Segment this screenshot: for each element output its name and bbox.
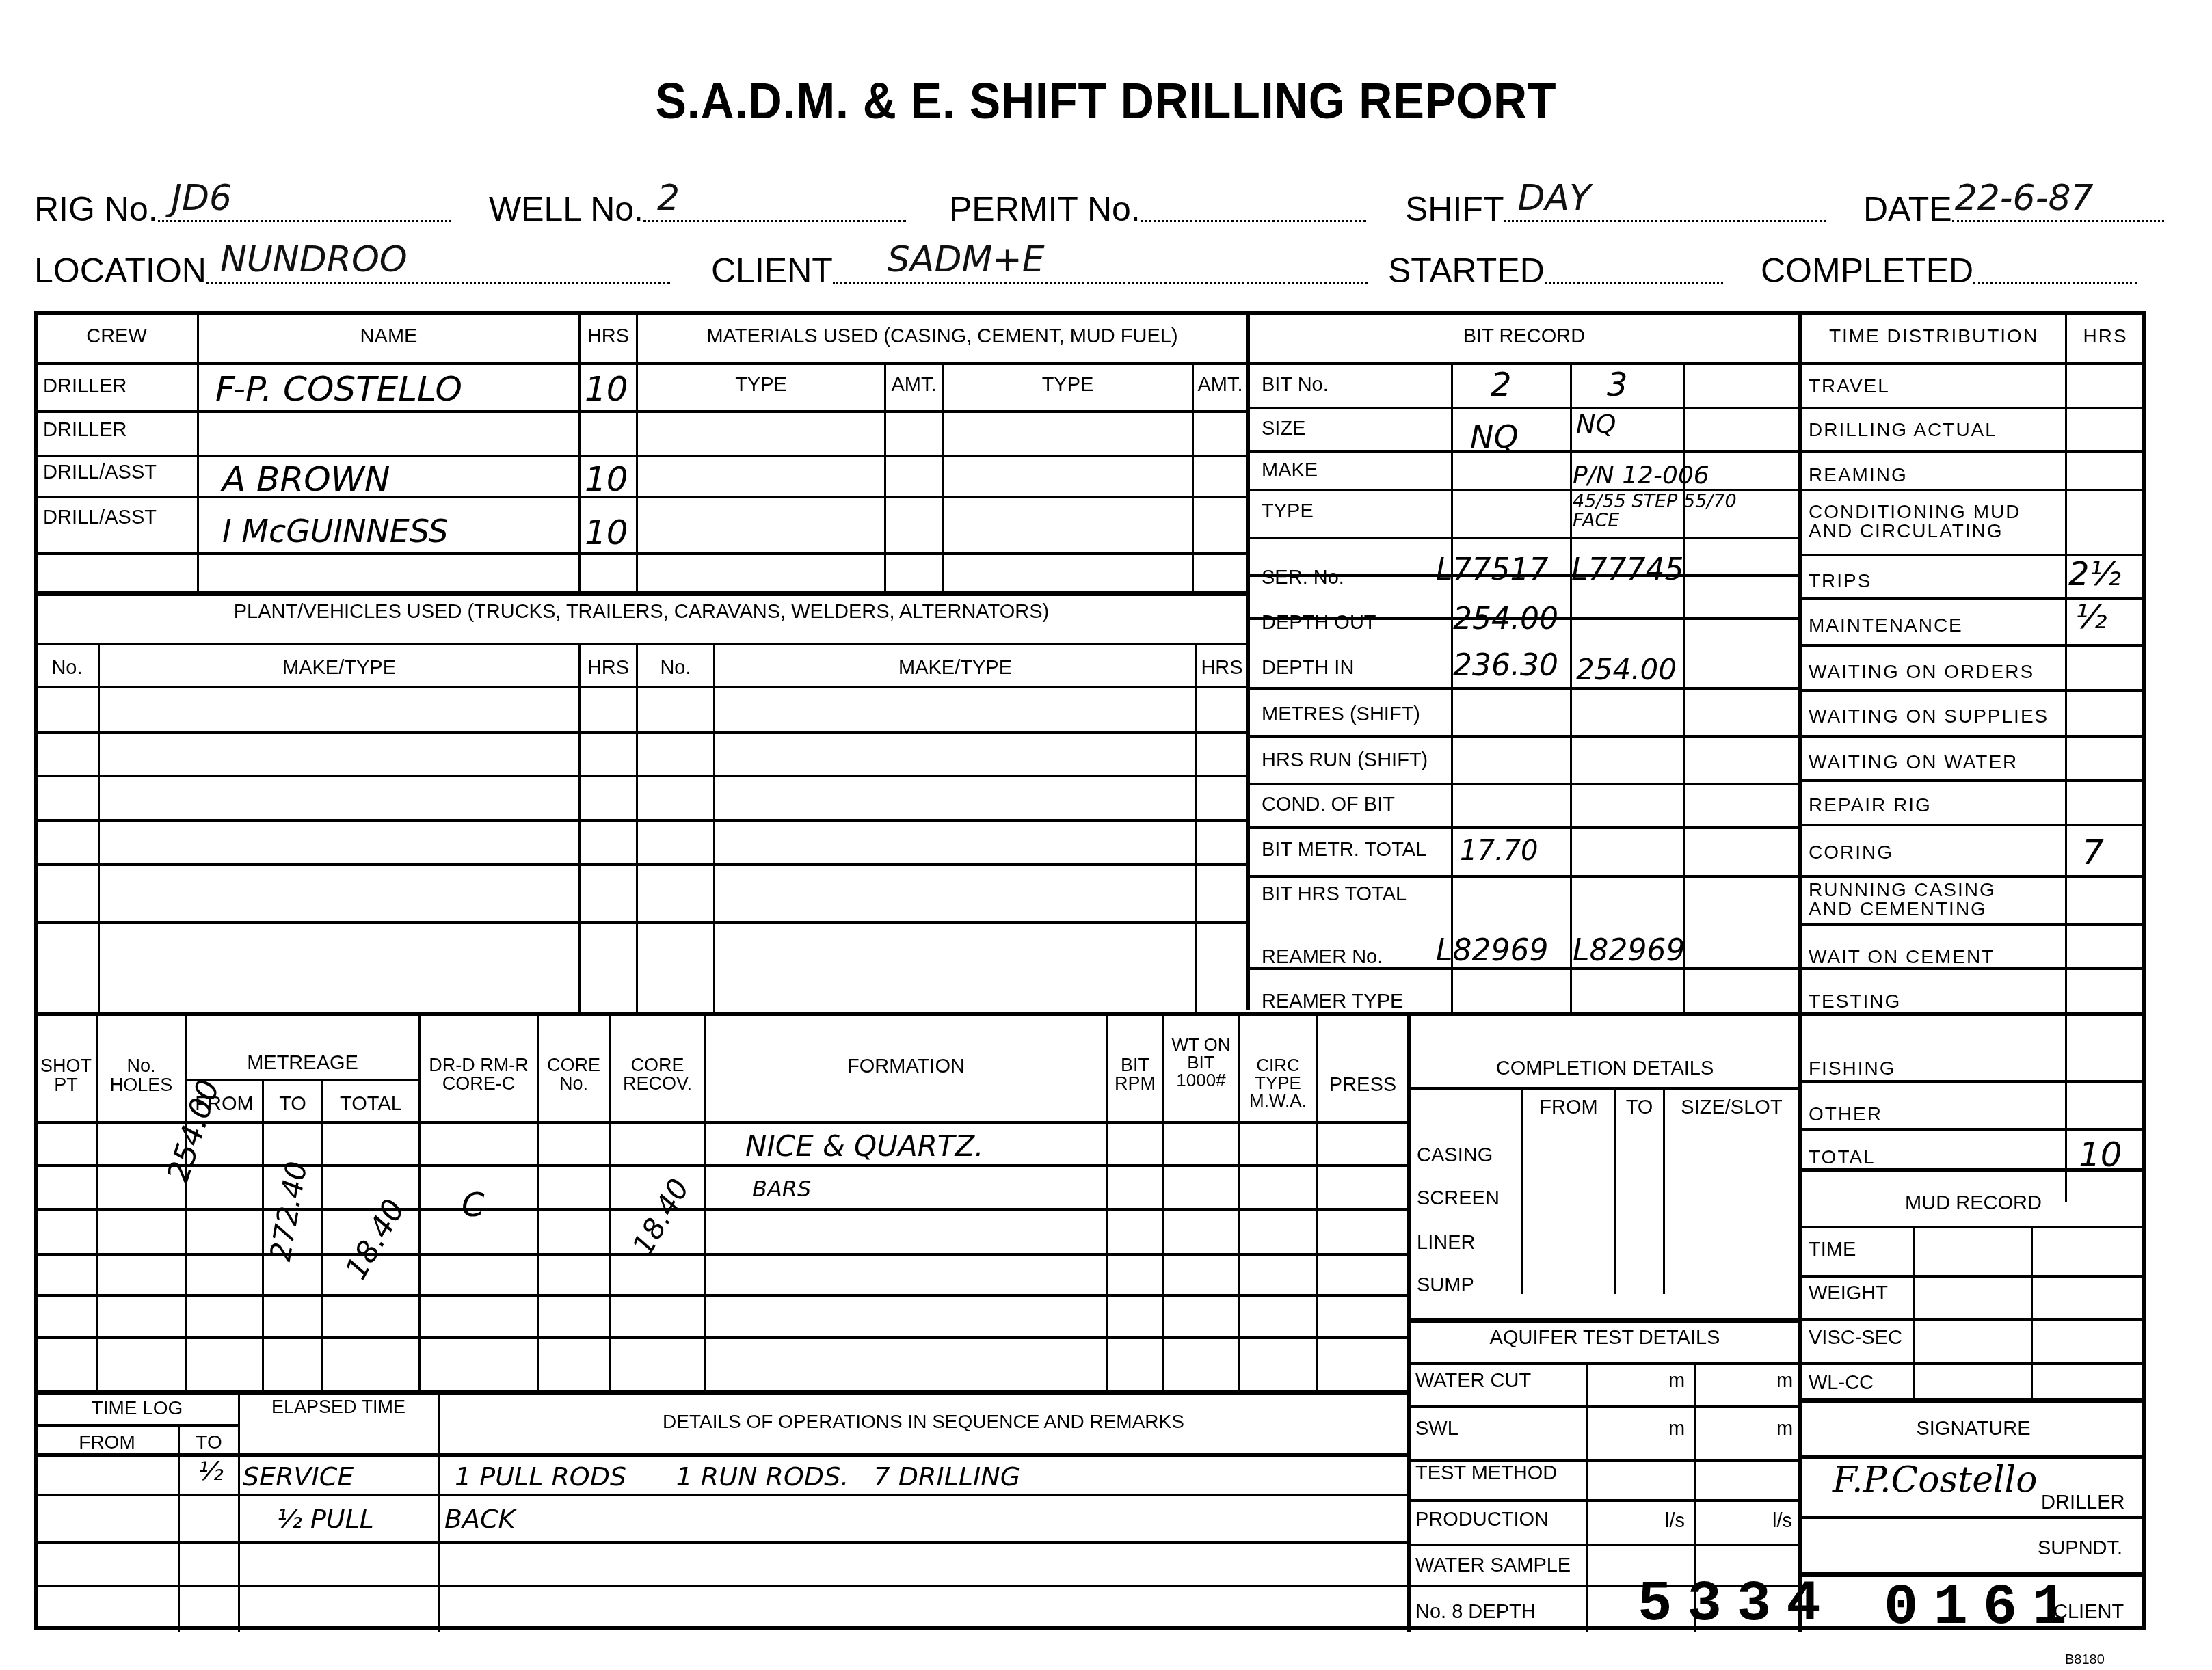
client-label: CLIENT bbox=[711, 251, 833, 291]
time-row-label: TOTAL bbox=[1809, 1147, 1876, 1167]
elapsed-time-value[interactable]: ½ PULL bbox=[277, 1504, 374, 1534]
bit-size-1[interactable]: NQ bbox=[1470, 418, 1519, 455]
divider bbox=[578, 643, 581, 1012]
signature-title: SIGNATURE bbox=[1802, 1418, 2144, 1439]
materials-amt-header-2: AMT. bbox=[1194, 375, 1247, 395]
divider bbox=[1248, 537, 1798, 539]
bit-depth-out-1[interactable]: 254.00 bbox=[1453, 602, 1558, 636]
divider bbox=[36, 591, 1247, 596]
divider bbox=[36, 643, 1247, 645]
driller-signature[interactable]: F.P.Costello bbox=[1833, 1459, 2038, 1500]
elapsed-time-header: ELAPSED TIME bbox=[239, 1398, 438, 1416]
materials-title: MATERIALS USED (CASING, CEMENT, MUD FUEL… bbox=[638, 326, 1247, 347]
circ-type-header: CIRC TYPE M.W.A. bbox=[1240, 1056, 1316, 1109]
divider bbox=[2065, 313, 2067, 1202]
formation-line-1[interactable]: NICE & QUARTZ. bbox=[745, 1129, 984, 1163]
crew-role: DRILL/ASST bbox=[43, 462, 157, 483]
rig-no-field[interactable]: RIG No. JD6 bbox=[34, 181, 451, 229]
time-row-label: REPAIR RIG bbox=[1809, 795, 1932, 815]
divider bbox=[36, 410, 1247, 413]
divider bbox=[36, 1294, 1407, 1297]
time-row-label: WAITING ON SUPPLIES bbox=[1809, 706, 2049, 726]
crew-role: DRILLER bbox=[43, 376, 127, 396]
time-row-label: OTHER bbox=[1809, 1104, 1882, 1124]
divider bbox=[36, 1012, 2144, 1016]
completion-title: COMPLETION DETAILS bbox=[1411, 1058, 1798, 1079]
divider bbox=[1248, 735, 1798, 738]
divider bbox=[1802, 1080, 2144, 1083]
divider bbox=[1802, 1362, 2144, 1365]
time-row-label: CONDITIONING MUD AND CIRCULATING bbox=[1809, 502, 2021, 541]
mud-row-label: WL-CC bbox=[1809, 1373, 1874, 1393]
operation-details[interactable]: BACK bbox=[444, 1504, 516, 1534]
bit-record-title: BIT RECORD bbox=[1250, 326, 1798, 347]
aquifer-unit: m bbox=[1776, 1371, 1793, 1391]
client-value: SADM+E bbox=[888, 239, 1045, 280]
drd-value[interactable]: C bbox=[462, 1186, 485, 1224]
time-row-label: TRAVEL bbox=[1809, 376, 1890, 396]
time-log-to-value[interactable]: ½ bbox=[198, 1456, 224, 1486]
divider bbox=[36, 1253, 1407, 1256]
crew-role: DRILL/ASST bbox=[43, 507, 157, 528]
time-row-label: FISHING bbox=[1809, 1058, 1896, 1078]
shift-label: SHIFT bbox=[1405, 189, 1504, 229]
divider bbox=[1802, 644, 2144, 647]
metreage-total-header: TOTAL bbox=[323, 1094, 418, 1114]
time-row-label: WAITING ON ORDERS bbox=[1809, 662, 2034, 682]
client-field[interactable]: CLIENT SADM+E bbox=[711, 243, 1368, 291]
reamer-no-2[interactable]: L82969 bbox=[1573, 933, 1685, 968]
driller-signature-label: DRILLER bbox=[2041, 1492, 2125, 1513]
divider bbox=[2031, 1226, 2033, 1398]
materials-amt-header-1: AMT. bbox=[886, 375, 942, 395]
bit-row-label: SIZE bbox=[1262, 418, 1305, 439]
date-label: DATE bbox=[1863, 189, 1952, 229]
divider bbox=[1802, 407, 2144, 409]
aquifer-row-label: PRODUCTION bbox=[1415, 1509, 1549, 1530]
completion-row-label: LINER bbox=[1417, 1233, 1475, 1253]
bit-depth-in-1[interactable]: 236.30 bbox=[1453, 648, 1558, 683]
bit-ser-1[interactable]: L77517 bbox=[1436, 552, 1548, 587]
well-no-value: 2 bbox=[657, 178, 680, 219]
divider bbox=[1802, 1275, 2144, 1278]
divider bbox=[1802, 923, 2144, 926]
client-stamp: 0161 bbox=[1884, 1576, 2082, 1641]
divider bbox=[36, 1494, 1407, 1496]
date-field[interactable]: DATE 22-6-87 bbox=[1863, 181, 2164, 229]
divider bbox=[36, 686, 1247, 688]
name-header: NAME bbox=[199, 326, 578, 347]
divider bbox=[1409, 1405, 1798, 1408]
permit-no-label: PERMIT No. bbox=[949, 189, 1141, 229]
bit-row-label: DEPTH IN bbox=[1262, 658, 1354, 678]
aquifer-unit: m bbox=[1668, 1418, 1685, 1439]
divider bbox=[1248, 783, 1798, 785]
operation-details[interactable]: 1 PULL RODS 1 RUN RODS. 7 DRILLING bbox=[455, 1462, 1020, 1492]
bit-row-label: BIT HRS TOTAL bbox=[1262, 884, 1407, 904]
aquifer-row-label: No. 8 DEPTH bbox=[1415, 1602, 1536, 1622]
divider bbox=[36, 455, 1247, 457]
divider bbox=[36, 496, 1247, 498]
divider bbox=[36, 1121, 1407, 1124]
shot-pt-header: SHOT PT bbox=[36, 1056, 96, 1095]
client-signature-label: CLIENT bbox=[2053, 1602, 2124, 1622]
elapsed-time-value[interactable]: SERVICE bbox=[243, 1462, 354, 1492]
divider bbox=[1409, 1499, 1798, 1502]
drd-header: DR-D RM-R CORE-C bbox=[421, 1056, 537, 1093]
aquifer-row-label: TEST METHOD bbox=[1415, 1463, 1557, 1483]
completion-from-header: FROM bbox=[1523, 1097, 1614, 1118]
divider bbox=[636, 313, 638, 593]
divider bbox=[578, 313, 581, 593]
divider bbox=[36, 731, 1247, 734]
bit-row-label: TYPE bbox=[1262, 501, 1314, 522]
divider bbox=[1248, 407, 1798, 409]
time-row-label: WAIT ON CEMENT bbox=[1809, 947, 1995, 967]
aquifer-title: AQUIFER TEST DETAILS bbox=[1411, 1328, 1798, 1348]
time-distribution-hrs-header: HRS bbox=[2067, 326, 2144, 346]
aquifer-row-label: WATER CUT bbox=[1415, 1371, 1531, 1391]
divider bbox=[1407, 1014, 1411, 1632]
bit-ser-2[interactable]: L77745 bbox=[1571, 552, 1683, 587]
press-header: PRESS bbox=[1318, 1075, 1407, 1095]
shift-value: DAY bbox=[1517, 178, 1590, 219]
divider bbox=[1192, 362, 1194, 593]
bit-metr-total-1[interactable]: 17.70 bbox=[1460, 835, 1538, 867]
divider bbox=[98, 643, 100, 1012]
bit-row-label: METRES (SHIFT) bbox=[1262, 704, 1420, 725]
time-log-title: TIME LOG bbox=[36, 1398, 238, 1418]
reamer-no-1[interactable]: L82969 bbox=[1436, 933, 1548, 968]
time-log-to-header: TO bbox=[180, 1432, 238, 1452]
bit-no-1[interactable]: 2 bbox=[1491, 366, 1512, 404]
depth-stamp: 5334 bbox=[1638, 1572, 1836, 1637]
divider bbox=[36, 1336, 1407, 1339]
bit-depth-in-2[interactable]: 254.00 bbox=[1576, 653, 1677, 686]
mud-row-label: TIME bbox=[1809, 1239, 1856, 1260]
divider bbox=[1248, 362, 1798, 365]
aquifer-row-label: SWL bbox=[1415, 1418, 1458, 1439]
bit-no-2[interactable]: 3 bbox=[1607, 366, 1628, 404]
divider bbox=[321, 1080, 323, 1393]
bit-row-label: SER. No. bbox=[1262, 567, 1344, 588]
time-log-from-header: FROM bbox=[36, 1432, 178, 1452]
divider bbox=[1802, 1318, 2144, 1321]
formation-line-2[interactable]: BARS bbox=[752, 1176, 811, 1202]
divider bbox=[1586, 1362, 1588, 1632]
bit-row-label: COND. OF BIT bbox=[1262, 794, 1395, 815]
divider bbox=[1802, 779, 2144, 782]
crew-hrs[interactable]: 10 bbox=[585, 369, 628, 409]
divider bbox=[1802, 875, 2144, 878]
bit-size-2[interactable]: NQ bbox=[1576, 409, 1616, 439]
time-row-label: MAINTENANCE bbox=[1809, 615, 1963, 635]
materials-type-header-1: TYPE bbox=[638, 375, 884, 395]
materials-type-header-2: TYPE bbox=[944, 375, 1192, 395]
completion-size-slot-header: SIZE/SLOT bbox=[1665, 1097, 1798, 1118]
divider bbox=[1913, 1226, 1915, 1398]
divider bbox=[1614, 1087, 1616, 1294]
time-row-label: TRIPS bbox=[1809, 571, 1871, 591]
bit-row-label: BIT No. bbox=[1262, 375, 1329, 395]
permit-no-field[interactable]: PERMIT No. bbox=[949, 181, 1366, 229]
aquifer-row-label: WATER SAMPLE bbox=[1415, 1555, 1571, 1576]
time-row-label: CORING bbox=[1809, 842, 1893, 862]
plant-title: PLANT/VEHICLES USED (TRUCKS, TRAILERS, C… bbox=[36, 602, 1247, 622]
hrs-header: HRS bbox=[581, 326, 636, 347]
divider bbox=[36, 1424, 238, 1427]
divider bbox=[1802, 735, 2144, 738]
divider bbox=[1802, 1455, 2144, 1459]
crew-name[interactable]: I McGUINNESS bbox=[222, 513, 449, 550]
divider bbox=[1802, 1226, 2144, 1228]
completed-field[interactable]: COMPLETED bbox=[1761, 243, 2137, 291]
divider bbox=[36, 1585, 1407, 1587]
divider bbox=[36, 819, 1247, 822]
aquifer-unit: m bbox=[1668, 1371, 1685, 1391]
divider bbox=[1802, 362, 2144, 365]
no-holes-header: No. HOLES bbox=[98, 1056, 185, 1095]
divider bbox=[36, 552, 1247, 555]
divider bbox=[1802, 967, 2144, 970]
bit-row-label: DEPTH OUT bbox=[1262, 612, 1376, 633]
time-row-label: TESTING bbox=[1809, 991, 1901, 1011]
divider bbox=[1802, 824, 2144, 826]
divider bbox=[36, 775, 1247, 777]
divider bbox=[1195, 643, 1197, 1012]
plant-make-header: MAKE/TYPE bbox=[100, 658, 578, 678]
divider bbox=[185, 1079, 418, 1081]
divider bbox=[1802, 1516, 2144, 1519]
crew-header: CREW bbox=[36, 326, 197, 347]
completion-row-label: SCREEN bbox=[1417, 1188, 1500, 1209]
aquifer-unit: m bbox=[1776, 1418, 1793, 1439]
divider bbox=[36, 1390, 1407, 1395]
core-no-header: CORE No. bbox=[539, 1056, 609, 1093]
core-recov-header: CORE RECOV. bbox=[611, 1056, 704, 1093]
bit-row-label: HRS RUN (SHIFT) bbox=[1262, 750, 1428, 770]
divider bbox=[1802, 489, 2144, 491]
divider bbox=[1409, 1544, 1798, 1546]
mud-row-label: VISC-SEC bbox=[1809, 1328, 1902, 1348]
supndt-signature-label: SUPNDT. bbox=[2038, 1538, 2122, 1559]
divider bbox=[36, 1208, 1407, 1211]
plant-make-header: MAKE/TYPE bbox=[715, 658, 1195, 678]
total-hrs[interactable]: 10 bbox=[2079, 1135, 2122, 1174]
coring-hrs[interactable]: 7 bbox=[2082, 833, 2104, 872]
divider bbox=[36, 1541, 1407, 1544]
divider bbox=[1802, 450, 2144, 453]
well-no-label: WELL No. bbox=[489, 189, 643, 229]
time-row-label: DRILLING ACTUAL bbox=[1809, 420, 1997, 440]
crew-hrs[interactable]: 10 bbox=[585, 459, 628, 499]
divider bbox=[942, 362, 944, 593]
page-title: S.A.D.M. & E. SHIFT DRILLING REPORT bbox=[88, 72, 2123, 130]
aquifer-unit: l/s bbox=[1665, 1511, 1685, 1531]
crew-role: DRILLER bbox=[43, 420, 127, 440]
crew-name[interactable]: A BROWN bbox=[222, 459, 390, 499]
shift-field[interactable]: SHIFT DAY bbox=[1405, 181, 1826, 229]
maintenance-hrs[interactable]: ½ bbox=[2075, 598, 2107, 636]
crew-name[interactable]: F-P. COSTELLO bbox=[215, 369, 462, 409]
aquifer-unit: l/s bbox=[1772, 1511, 1792, 1531]
time-row-label: RUNNING CASING AND CEMENTING bbox=[1809, 880, 1996, 919]
plant-no-header: No. bbox=[638, 658, 713, 678]
time-row-label: WAITING ON WATER bbox=[1809, 752, 2018, 772]
divider bbox=[1521, 1087, 1523, 1294]
metreage-to-header: TO bbox=[264, 1094, 321, 1114]
plant-hrs-header: HRS bbox=[1197, 658, 1247, 678]
divider bbox=[238, 1392, 240, 1632]
plant-no-header: No. bbox=[36, 658, 98, 678]
completion-row-label: SUMP bbox=[1417, 1275, 1474, 1295]
mud-record-title: MUD RECORD bbox=[1802, 1193, 2144, 1213]
wt-on-bit-header: WT ON BIT 1000# bbox=[1164, 1036, 1238, 1089]
divider bbox=[1248, 450, 1798, 453]
completion-row-label: CASING bbox=[1417, 1145, 1493, 1166]
location-label: LOCATION bbox=[34, 251, 206, 291]
divider bbox=[1802, 1128, 2144, 1131]
divider bbox=[713, 643, 715, 1012]
divider bbox=[1248, 875, 1798, 878]
divider bbox=[1663, 1087, 1665, 1294]
location-value: NUNDROO bbox=[220, 239, 408, 280]
divider bbox=[36, 921, 1247, 924]
bit-row-label: MAKE bbox=[1262, 460, 1318, 481]
divider bbox=[1409, 1362, 1798, 1365]
started-field[interactable]: STARTED bbox=[1388, 243, 1723, 291]
divider bbox=[1802, 689, 2144, 692]
metreage-header: METREAGE bbox=[187, 1053, 418, 1073]
time-distribution-title: TIME DISTRIBUTION bbox=[1802, 326, 2065, 346]
divider bbox=[36, 1164, 1407, 1167]
divider bbox=[36, 1453, 1407, 1457]
divider bbox=[1802, 1398, 2144, 1403]
mud-row-label: WEIGHT bbox=[1809, 1283, 1888, 1304]
divider bbox=[884, 362, 886, 593]
crew-hrs[interactable]: 10 bbox=[585, 513, 628, 552]
trips-hrs[interactable]: 2½ bbox=[2068, 555, 2121, 593]
divider bbox=[1248, 826, 1798, 829]
rig-no-value: JD6 bbox=[172, 178, 232, 219]
plant-hrs-header: HRS bbox=[581, 658, 636, 678]
started-label: STARTED bbox=[1388, 251, 1545, 291]
details-header: DETAILS OF OPERATIONS IN SEQUENCE AND RE… bbox=[440, 1412, 1407, 1431]
divider bbox=[36, 863, 1247, 866]
divider bbox=[197, 313, 199, 593]
rig-no-label: RIG No. bbox=[34, 189, 158, 229]
divider bbox=[1409, 1318, 1802, 1323]
well-no-field[interactable]: WELL No. 2 bbox=[489, 181, 906, 229]
completed-label: COMPLETED bbox=[1761, 251, 1973, 291]
bit-rpm-header: BIT RPM bbox=[1108, 1056, 1162, 1093]
bit-row-label: REAMER No. bbox=[1262, 947, 1383, 967]
form-code: B8180 bbox=[2065, 1653, 2105, 1667]
divider bbox=[1409, 1087, 1798, 1090]
bit-type-2[interactable]: 45/55 STEP 55/70 FACE bbox=[1573, 492, 1750, 531]
divider bbox=[636, 643, 638, 1012]
date-value: 22-6-87 bbox=[1955, 178, 2094, 219]
time-row-label: REAMING bbox=[1809, 465, 1908, 485]
completion-to-header: TO bbox=[1616, 1097, 1663, 1118]
bit-row-label: BIT METR. TOTAL bbox=[1262, 839, 1426, 860]
divider bbox=[1248, 687, 1798, 690]
divider bbox=[262, 1080, 264, 1393]
location-field[interactable]: LOCATION NUNDROO bbox=[34, 243, 670, 291]
bit-row-label: REAMER TYPE bbox=[1262, 991, 1403, 1012]
formation-header: FORMATION bbox=[706, 1056, 1106, 1077]
bit-make-2[interactable]: P/N 12-006 bbox=[1573, 461, 1709, 489]
divider bbox=[36, 362, 1247, 365]
